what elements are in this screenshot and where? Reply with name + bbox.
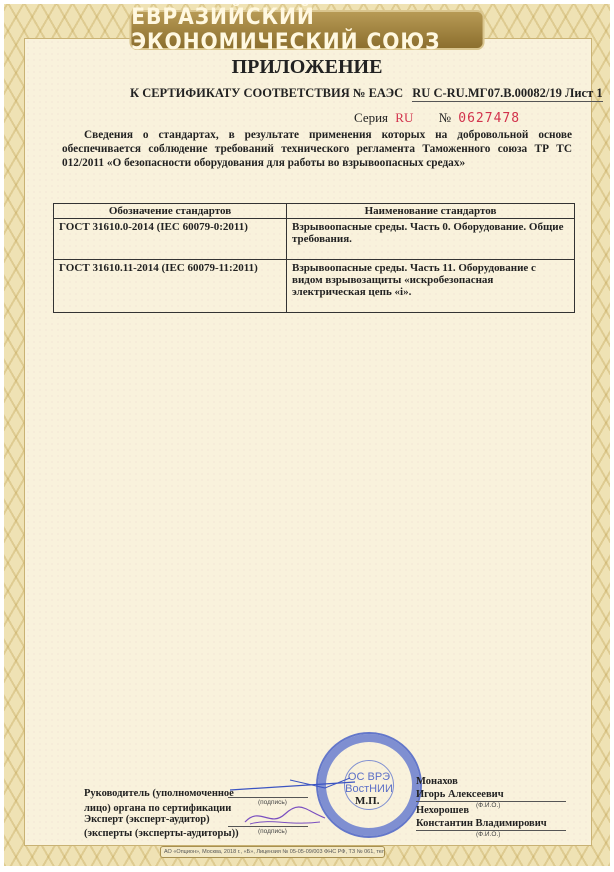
expert-given-names: Константин Владимирович [416,816,547,831]
standard-code: ГОСТ 31610.11-2014 (IEC 60079-11:2011) [54,260,287,313]
form-number: 0627478 [458,111,520,126]
series-label: Серия [354,110,388,125]
standard-code: ГОСТ 31610.0-2014 (IEC 60079-0:2011) [54,219,287,260]
seal-place-mark: М.П. [355,795,379,807]
printer-imprint: АО «Опцион», Москва, 2018 г., «Б», Лицен… [160,846,385,858]
table-row: ГОСТ 31610.11-2014 (IEC 60079-11:2011) В… [54,260,575,313]
head-signature-scribble [230,772,360,794]
union-banner: ЕВРАЗИЙСКИЙ ЭКОНОМИЧЕСКИЙ СОЮЗ [129,10,484,50]
subtitle-prefix: К СЕРТИФИКАТУ СООТВЕТСТВИЯ № ЕАЭС [130,86,403,100]
column-header-name: Наименование стандартов [287,204,575,219]
page-title: ПРИЛОЖЕНИЕ [0,56,614,79]
column-header-code: Обозначение стандартов [54,204,287,219]
expert-label-1: Эксперт (эксперт-аудитор) [84,812,210,827]
table-row: ГОСТ 31610.0-2014 (IEC 60079-0:2011) Взр… [54,219,575,260]
series-value: RU [395,110,413,125]
table-header-row: Обозначение стандартов Наименование стан… [54,204,575,219]
standard-name: Взрывоопасные среды. Часть 0. Оборудован… [287,219,575,260]
number-label: № [439,110,451,125]
series-line: Серия RU № 0627478 [354,110,520,126]
expert-label-2: (эксперты (эксперты-аудиторы)) [84,826,239,841]
head-signature-line [228,797,308,798]
sheet-number: Лист 1 [565,86,603,100]
head-given-names: Игорь Алексеевич [416,787,504,802]
standard-name: Взрывоопасные среды. Часть 11. Оборудова… [287,260,575,313]
head-fio-caption: (Ф.И.О.) [476,802,500,809]
certificate-subtitle: К СЕРТИФИКАТУ СООТВЕТСТВИЯ № ЕАЭС RU C-R… [130,86,603,102]
expert-fio-caption: (Ф.И.О.) [476,831,500,838]
standards-table: Обозначение стандартов Наименование стан… [53,203,575,313]
intro-paragraph: Сведения о стандартах, в результате прим… [62,128,572,170]
expert-signature-scribble [240,804,330,830]
certificate-number: RU C-RU.МГ07.В.00082/19 Лист 1 [412,86,602,102]
